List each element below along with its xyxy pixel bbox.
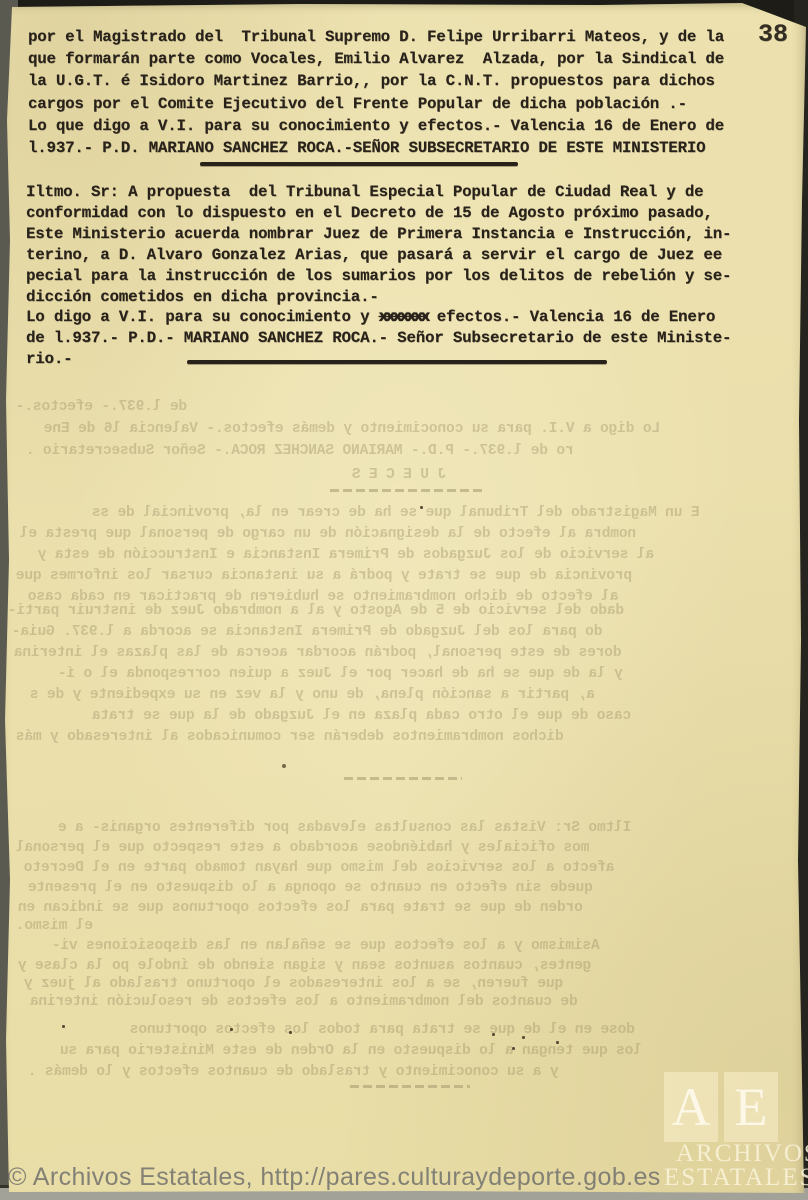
bleed-through-line: y a su conocimiento y traslado de cuanto… <box>28 1064 559 1080</box>
paragraph-2-line: de l.937.- P.D.- MARIANO SANCHEZ ROCA.- … <box>26 328 731 349</box>
bleed-through-line: el mismo. <box>16 918 93 934</box>
bleed-through-line: de l.937.- efectos.- <box>16 399 187 415</box>
paragraph-2-line: terino, a D. Alvaro Gonzalez Arias, que … <box>26 245 731 266</box>
bleed-through-line: do para los del Juzgado de Primera Insta… <box>12 624 602 640</box>
bleed-through-line: caso de que el otro cada plaza en el Juz… <box>92 708 631 724</box>
line-text: efectos.- Valencia 16 de Enero <box>428 308 716 326</box>
scanned-document-viewer: de l.937.- efectos.-Lo digo a V.I. para … <box>0 0 808 1200</box>
paragraph-1-line: cargos por el Comite Ejecutivo del Frent… <box>28 93 724 115</box>
paragraph-2-line: pecial para la instrucción de los sumari… <box>26 266 731 287</box>
page-number: 38 <box>758 20 788 49</box>
bleed-through-line: ro de l.937.- P.D.- MARIANO SANCHEZ ROCA… <box>26 443 574 459</box>
bleed-through-line: dado del servicio de 5 de Agosto y al a … <box>8 603 624 619</box>
bleed-through-line: Iltmo Sr: Vistas las consultas elevadas … <box>58 820 631 836</box>
bleed-through-line: orden de que se trate para los efectos o… <box>18 900 583 916</box>
pares-copyright-caption: © Archivos Estatales, http://pares.cultu… <box>8 1163 661 1192</box>
paragraph-2: Iltmo. Sr: A propuesta del Tribunal Espe… <box>26 182 731 370</box>
line-text: Lo digo a V.I. para su conocimiento y <box>26 308 379 326</box>
paragraph-1-line: la U.G.T. é Isidoro Martinez Barrio,, po… <box>28 70 724 92</box>
struck-out-word: xxxxxxx <box>379 308 428 326</box>
ink-speck <box>230 1028 233 1031</box>
bleed-through-line: y la de que se ha de hacer por el Juez a… <box>58 666 623 682</box>
bleed-through-line: dichos nombramientos deberán ser comunic… <box>16 729 564 745</box>
separator-rule-1 <box>200 162 518 166</box>
paper-mark <box>282 764 286 768</box>
paragraph-1-line: que formarán parte como Vocales, Emilio … <box>28 48 724 70</box>
paragraph-2-line: Iltmo. Sr: A propuesta del Tribunal Espe… <box>26 182 731 203</box>
bleed-through-line: que fueren, se a los interesados el opor… <box>24 976 563 992</box>
bleed-through-line: nombra al efecto de la designación de un… <box>20 526 636 542</box>
ink-speck <box>420 506 423 509</box>
bleed-through-rule <box>344 777 462 780</box>
paragraph-1-line: por el Magistrado del Tribunal Supremo D… <box>28 26 724 48</box>
paragraph-2-line: dicción cometidos en dicha provincia.- <box>26 287 731 308</box>
bleed-through-line: los que tengan a lo dispuesto en la Orde… <box>60 1043 642 1059</box>
paragraph-1-line: l.937.- P.D. MARIANO SANCHEZ ROCA.-SEÑOR… <box>28 137 724 159</box>
ink-speck <box>522 1036 525 1039</box>
ink-speck <box>556 1041 559 1044</box>
bleed-through-layer: de l.937.- efectos.-Lo digo a V.I. para … <box>0 0 808 1200</box>
bleed-through-rule <box>350 1085 470 1088</box>
bleed-through-line: E un Magistrado del Tribunal que se ha d… <box>92 505 700 521</box>
bleed-through-line: dores de este personal, podrán acordar a… <box>14 645 622 661</box>
ink-speck <box>512 1047 515 1050</box>
paragraph-2-line-with-redaction: Lo digo a V.I. para su conocimiento y xx… <box>26 307 731 328</box>
ink-speck <box>492 1033 495 1036</box>
bleed-through-line: Lo digo a V.I. para su conocimiento y de… <box>44 421 660 437</box>
bleed-through-line: al servicio de los Juzgados de Primera I… <box>38 547 654 563</box>
paragraph-1-line: Lo que digo a V.I. para su conocimiento … <box>28 115 724 137</box>
bleed-through-rule <box>330 489 482 492</box>
bleed-through-line: Asimismo y a los efectos que se señalan … <box>52 938 600 954</box>
separator-rule-2 <box>187 360 607 364</box>
bleed-through-line: afecto a los servicios del mismo que hay… <box>24 860 614 876</box>
bleed-through-line: dose en el de que se trata para todos lo… <box>130 1022 635 1038</box>
paragraph-2-line: Este Ministerio acuerda nombrar Juez de … <box>26 224 731 245</box>
bleed-through-line: provincia de que se trate y podrá a su i… <box>16 568 632 584</box>
bleed-through-line: gentes, cuantos asuntos sean y sigan sie… <box>18 958 591 974</box>
bleed-through-line: quede sin efecto en cuanto se oponga a l… <box>28 880 593 896</box>
paragraph-1: por el Magistrado del Tribunal Supremo D… <box>28 26 724 159</box>
ink-speck <box>62 1025 65 1028</box>
bleed-through-line: J U E C E S <box>352 467 446 483</box>
bleed-through-line: a, partir a sanción plena, de uno y la v… <box>30 687 595 703</box>
bleed-through-line: de cuantos del nombramiento a los efecto… <box>30 994 578 1010</box>
ink-speck <box>289 1031 292 1034</box>
paragraph-2-line: conformidad con lo dispuesto en el Decre… <box>26 203 731 224</box>
bleed-through-line: mos oficiales y habiéndose acordado a es… <box>16 840 589 856</box>
